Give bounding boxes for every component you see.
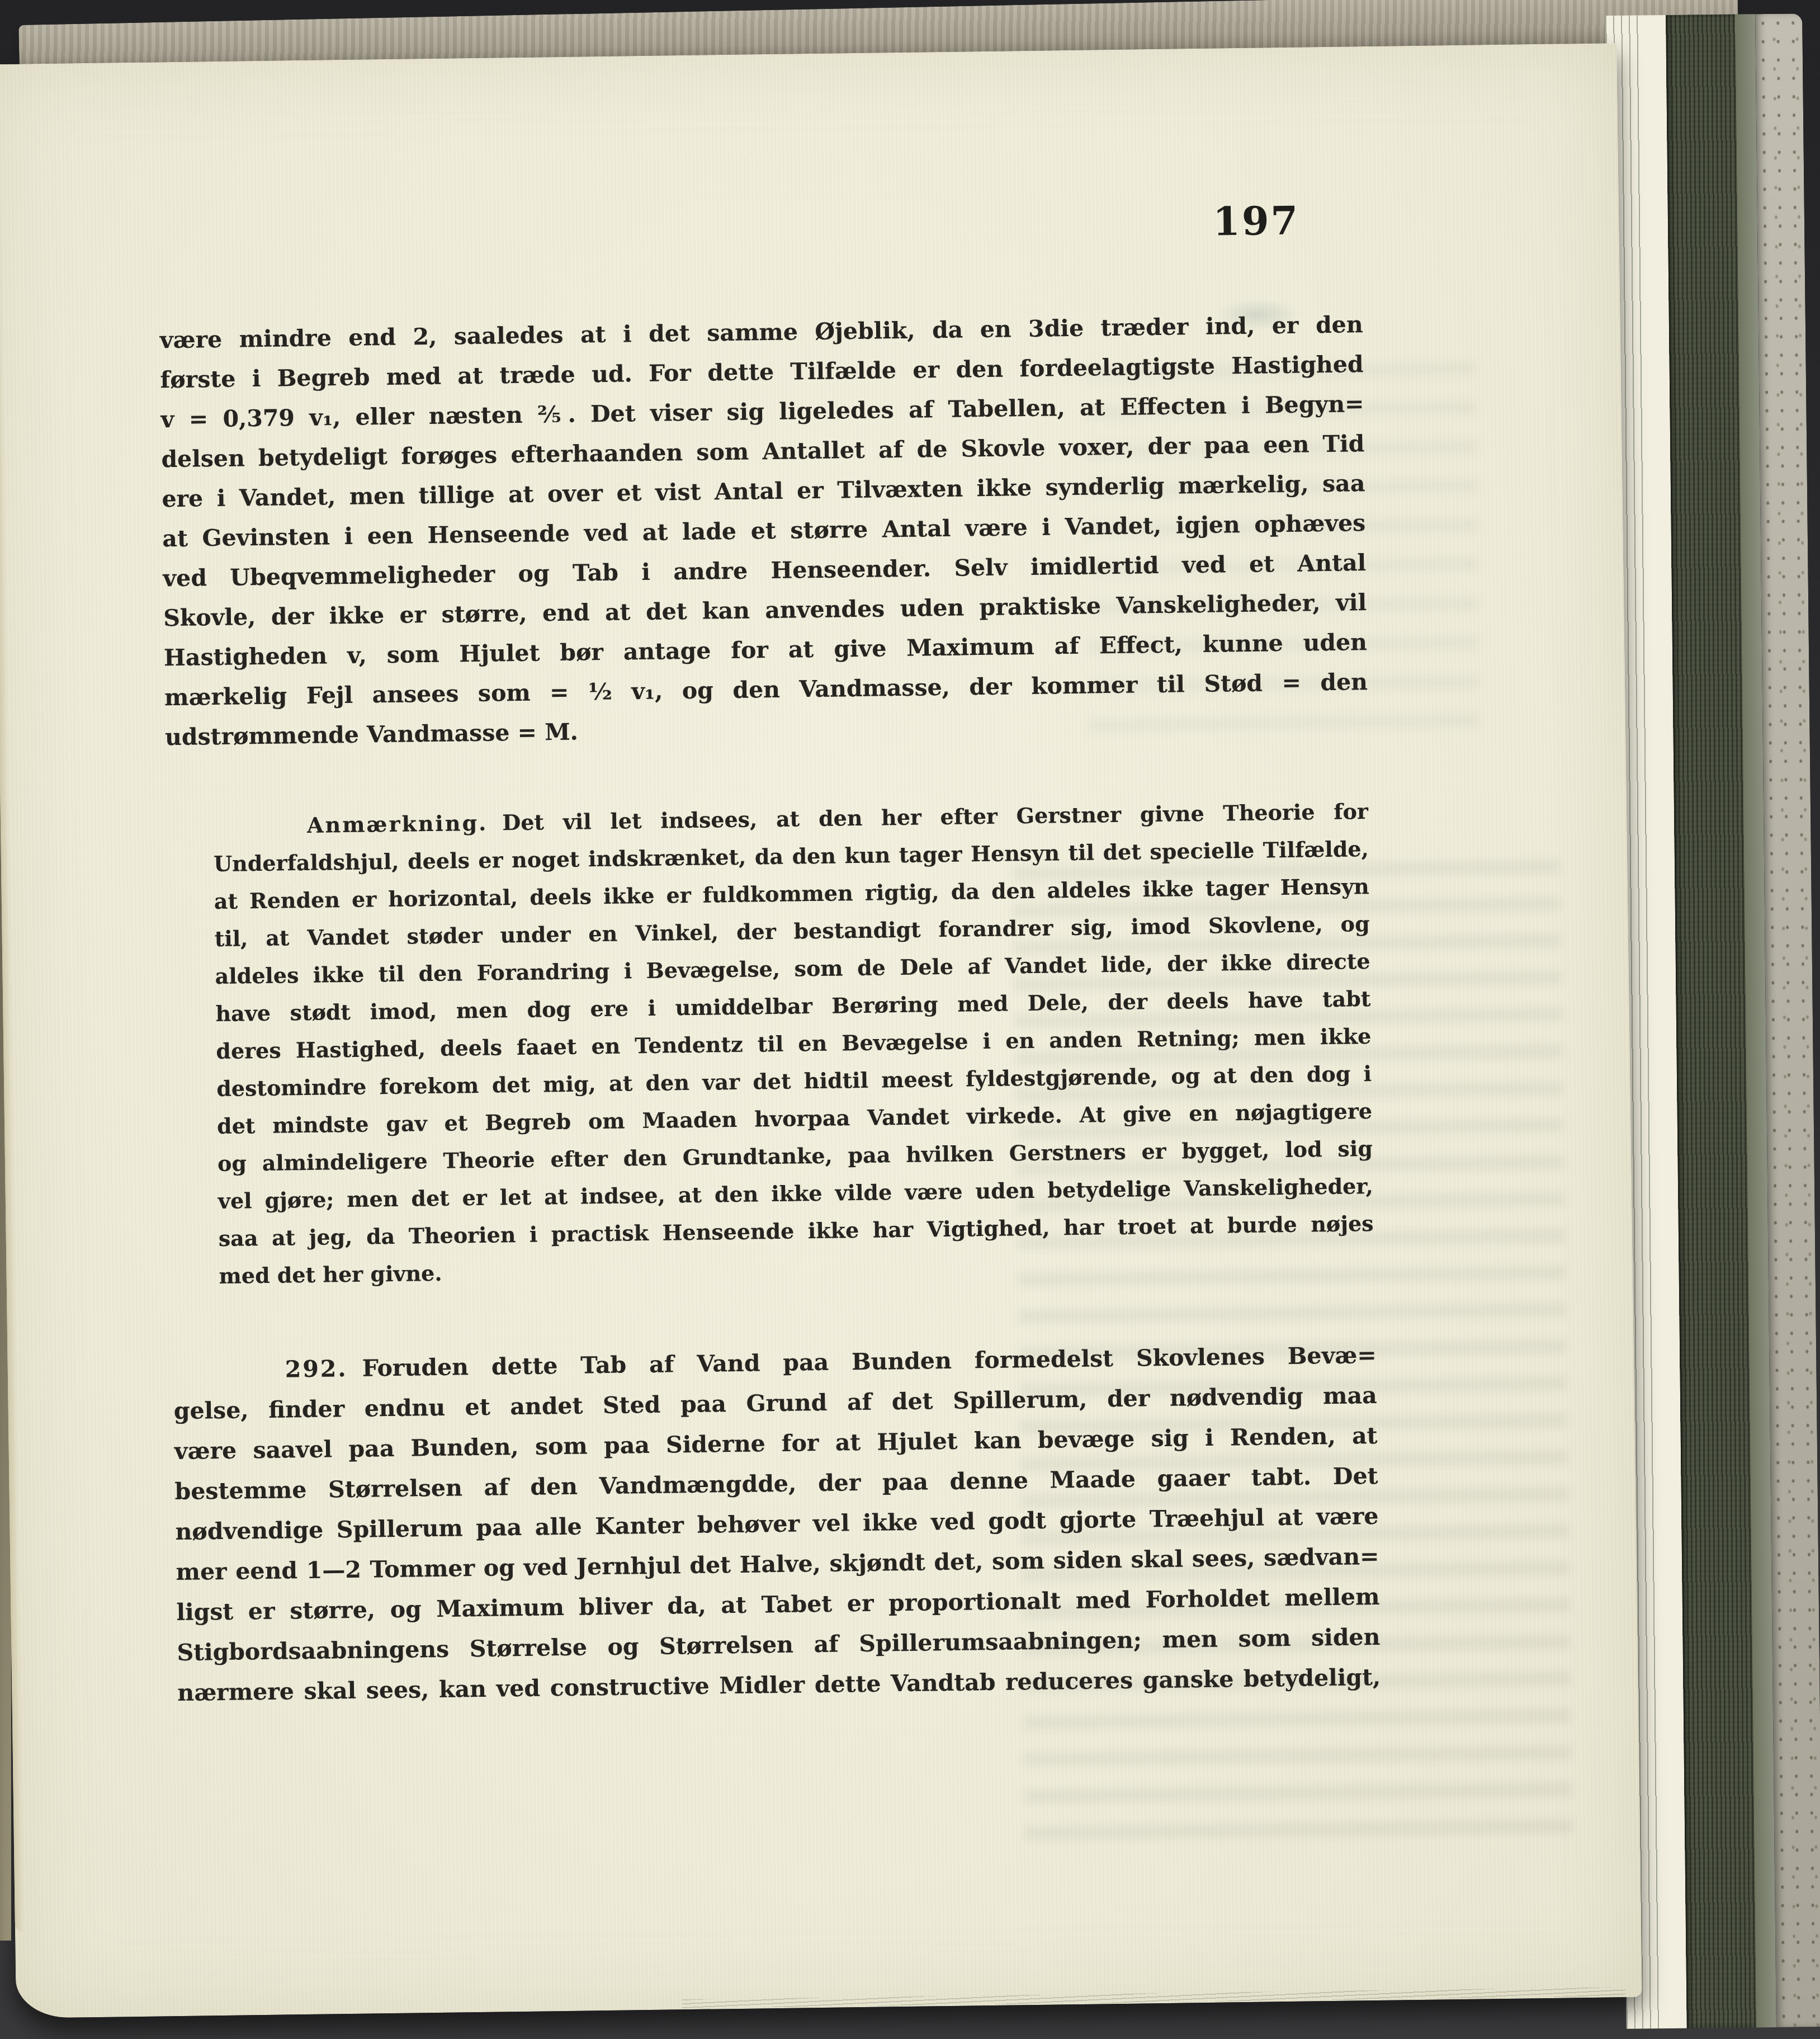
page-number: 197	[1213, 197, 1300, 245]
book-scan: { "page_number": "197", "body": { "p1": …	[0, 0, 1820, 2039]
section-292-paragraph: 292.Foruden dette Tab af Vand paa Bunden…	[173, 1335, 1381, 1713]
paragraph-lines: gelse, finder endnu et andet Sted paa Gr…	[173, 1375, 1381, 1713]
paragraph-lines: Underfaldshjul, deels er noget indskrænk…	[214, 830, 1374, 1257]
paragraph-lines: være mindre end 2, saaledes at i det sam…	[159, 305, 1368, 718]
remark-first-line: Det vil let indsees, at den her efter Ge…	[502, 799, 1368, 835]
remark-paragraph: Anmærkning.Det vil let indsees, at den h…	[213, 792, 1374, 1295]
section-first-line: Foruden dette Tab af Vand paa Bunden for…	[362, 1342, 1377, 1382]
text-block: være mindre end 2, saaledes at i det sam…	[159, 305, 1363, 320]
remark-label: Anmærkning.	[307, 810, 488, 838]
paragraph-continuation: være mindre end 2, saaledes at i det sam…	[159, 305, 1368, 757]
book-page: 197 være mindre end 2, saaledes at i det…	[0, 43, 1642, 2018]
section-number: 292.	[285, 1355, 348, 1382]
